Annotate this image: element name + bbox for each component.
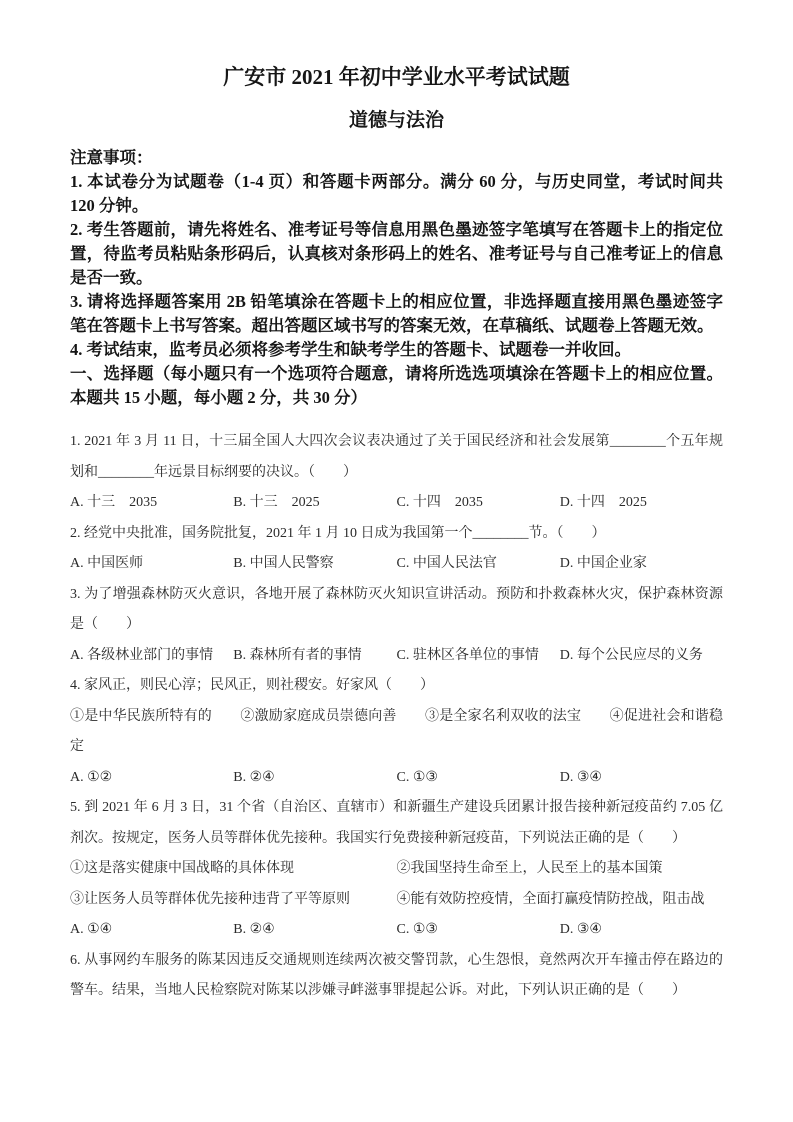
notice-item-1: 1. 本试卷分为试题卷（1-4 页）和答题卡两部分。满分 60 分，与历史同堂，… xyxy=(70,170,723,218)
question-3: 3. 为了增强森林防灭火意识，各地开展了森林防灭火知识宣讲活动。预防和扑救森林火… xyxy=(70,580,723,672)
section-header-choice-questions: 一、选择题（每小题只有一个选项符合题意，请将所选选项填涂在答题卡上的相应位置。本… xyxy=(70,362,723,410)
question-4-option-c: C. ①③ xyxy=(397,763,560,794)
question-5-suboption-3: ③让医务人员等群体优先接种违背了平等原则 xyxy=(70,885,397,916)
question-4-suboptions: ①是中华民族所特有的 ②激励家庭成员崇德向善 ③是全家名利双收的法宝 ④促进社会… xyxy=(70,702,723,763)
question-2-option-a: A. 中国医师 xyxy=(70,549,233,580)
question-3-option-a: A. 各级林业部门的事情 xyxy=(70,641,233,672)
question-5-suboptions-row-2: ③让医务人员等群体优先接种违背了平等原则 ④能有效防控疫情，全面打赢疫情防控战，… xyxy=(70,885,723,916)
exam-paper-page: 广安市 2021 年初中学业水平考试试题 道德与法治 注意事项： 1. 本试卷分… xyxy=(0,0,793,1122)
page-title: 广安市 2021 年初中学业水平考试试题 xyxy=(70,62,723,92)
question-2-option-c: C. 中国人民法官 xyxy=(397,549,560,580)
question-2-stem: 2. 经党中央批准，国务院批复，2021 年 1 月 10 日成为我国第一个__… xyxy=(70,519,723,550)
question-1-option-a: A. 十三 2035 xyxy=(70,488,233,519)
notice-item-3: 3. 请将选择题答案用 2B 铅笔填涂在答题卡上的相应位置，非选择题直接用黑色墨… xyxy=(70,290,723,338)
question-2: 2. 经党中央批准，国务院批复，2021 年 1 月 10 日成为我国第一个__… xyxy=(70,519,723,580)
question-3-option-d: D. 每个公民应尽的义务 xyxy=(560,641,723,672)
question-4-option-d: D. ③④ xyxy=(560,763,723,794)
notice-item-4: 4. 考试结束，监考员必须将参考学生和缺考学生的答题卡、试题卷一并收回。 xyxy=(70,338,723,362)
question-1: 1. 2021 年 3 月 11 日，十三届全国人大四次会议表决通过了关于国民经… xyxy=(70,427,723,519)
question-4-options-row: A. ①② B. ②④ C. ①③ D. ③④ xyxy=(70,763,723,794)
question-6: 6. 从事网约车服务的陈某因违反交通规则连续两次被交警罚款，心生怨恨，竟然两次开… xyxy=(70,946,723,1007)
questions-section: 1. 2021 年 3 月 11 日，十三届全国人大四次会议表决通过了关于国民经… xyxy=(70,427,723,1007)
question-3-option-b: B. 森林所有者的事情 xyxy=(233,641,396,672)
question-5-option-b: B. ②④ xyxy=(233,915,396,946)
notice-item-2: 2. 考生答题前，请先将姓名、准考证号等信息用黑色墨迹签字笔填写在答题卡上的指定… xyxy=(70,218,723,290)
question-5-options-row: A. ①④ B. ②④ C. ①③ D. ③④ xyxy=(70,915,723,946)
question-3-stem: 3. 为了增强森林防灭火意识，各地开展了森林防灭火知识宣讲活动。预防和扑救森林火… xyxy=(70,580,723,641)
page-subtitle: 道德与法治 xyxy=(70,107,723,135)
question-1-option-c: C. 十四 2035 xyxy=(397,488,560,519)
question-5: 5. 到 2021 年 6 月 3 日，31 个省（自治区、直辖市）和新疆生产建… xyxy=(70,793,723,946)
question-5-stem: 5. 到 2021 年 6 月 3 日，31 个省（自治区、直辖市）和新疆生产建… xyxy=(70,793,723,854)
question-2-option-d: D. 中国企业家 xyxy=(560,549,723,580)
notices-section: 注意事项： 1. 本试卷分为试题卷（1-4 页）和答题卡两部分。满分 60 分，… xyxy=(70,146,723,410)
question-4-option-a: A. ①② xyxy=(70,763,233,794)
question-5-option-c: C. ①③ xyxy=(397,915,560,946)
question-1-option-d: D. 十四 2025 xyxy=(560,488,723,519)
question-5-suboption-4: ④能有效防控疫情，全面打赢疫情防控战，阻击战 xyxy=(397,885,724,916)
question-1-options-row: A. 十三 2035 B. 十三 2025 C. 十四 2035 D. 十四 2… xyxy=(70,488,723,519)
question-2-option-b: B. 中国人民警察 xyxy=(233,549,396,580)
question-5-option-d: D. ③④ xyxy=(560,915,723,946)
question-1-option-b: B. 十三 2025 xyxy=(233,488,396,519)
question-3-option-c: C. 驻林区各单位的事情 xyxy=(397,641,560,672)
question-5-suboption-2: ②我国坚持生命至上，人民至上的基本国策 xyxy=(397,854,724,885)
question-1-stem: 1. 2021 年 3 月 11 日，十三届全国人大四次会议表决通过了关于国民经… xyxy=(70,427,723,488)
question-4-option-b: B. ②④ xyxy=(233,763,396,794)
question-5-suboptions-row-1: ①这是落实健康中国战略的具体体现 ②我国坚持生命至上，人民至上的基本国策 xyxy=(70,854,723,885)
question-6-stem: 6. 从事网约车服务的陈某因违反交通规则连续两次被交警罚款，心生怨恨，竟然两次开… xyxy=(70,946,723,1007)
question-4: 4. 家风正，则民心淳；民风正，则社稷安。好家风（ ） ①是中华民族所特有的 ②… xyxy=(70,671,723,793)
notices-heading: 注意事项： xyxy=(70,146,723,170)
question-2-options-row: A. 中国医师 B. 中国人民警察 C. 中国人民法官 D. 中国企业家 xyxy=(70,549,723,580)
question-5-suboption-1: ①这是落实健康中国战略的具体体现 xyxy=(70,854,397,885)
question-4-stem: 4. 家风正，则民心淳；民风正，则社稷安。好家风（ ） xyxy=(70,671,723,702)
question-5-option-a: A. ①④ xyxy=(70,915,233,946)
question-3-options-row: A. 各级林业部门的事情 B. 森林所有者的事情 C. 驻林区各单位的事情 D.… xyxy=(70,641,723,672)
